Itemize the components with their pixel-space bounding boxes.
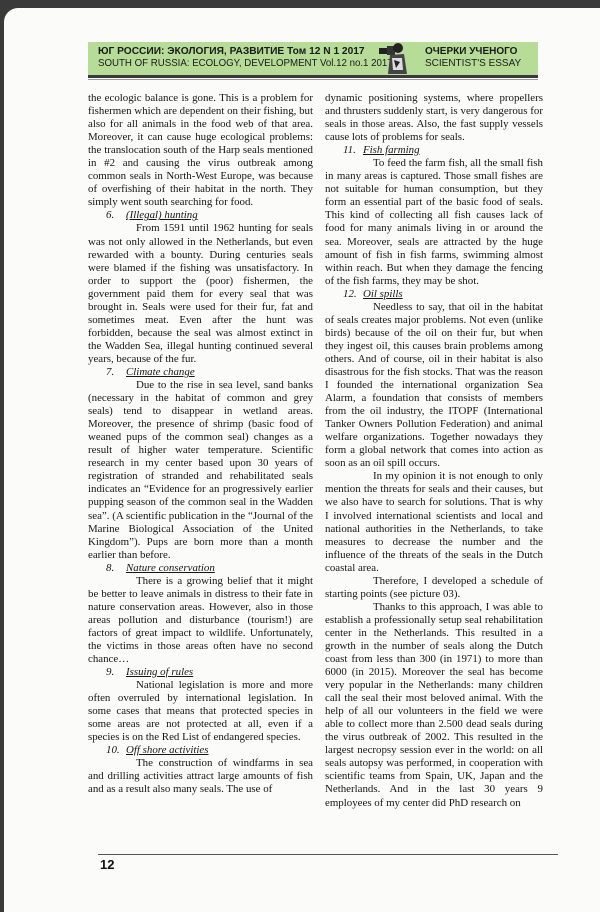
footer-rule	[98, 854, 558, 855]
section-title: ОЧЕРКИ УЧЕНОГО SCIENTIST'S ESSAY	[425, 46, 521, 70]
section-heading-fish-farming: 11.Fish farming	[325, 144, 543, 157]
left-column: the ecologic balance is gone. This is a …	[88, 92, 313, 797]
paragraph: National legislation is more and more of…	[88, 679, 313, 744]
header-rule-thin	[88, 79, 538, 80]
paragraph: Due to the rise in sea level, sand banks…	[88, 379, 313, 562]
photographer-icon	[378, 40, 410, 76]
journal-title-ru: ЮГ РОССИИ: ЭКОЛОГИЯ, РАЗВИТИЕ Том 12 N 1…	[98, 46, 393, 58]
paragraph: There is a growing belief that it might …	[88, 575, 313, 666]
section-heading-conservation: 8.Nature conservation	[88, 562, 313, 575]
journal-title-en: SOUTH OF RUSSIA: ECOLOGY, DEVELOPMENT Vo…	[98, 58, 393, 70]
section-title-en: SCIENTIST'S ESSAY	[425, 58, 521, 70]
section-heading-oil-spills: 12.Oil spills	[325, 288, 543, 301]
section-heading-hunting: 6.(Illegal) hunting	[88, 209, 313, 222]
right-column: dynamic positioning systems, where prope…	[325, 92, 543, 810]
page-number: 12	[100, 857, 114, 872]
section-heading-rules: 9.Issuing of rules	[88, 666, 313, 679]
section-heading-offshore: 10.Off shore activities	[88, 744, 313, 757]
paragraph: To feed the farm fish, all the small fis…	[325, 157, 543, 287]
section-title-ru: ОЧЕРКИ УЧЕНОГО	[425, 46, 521, 58]
paragraph: From 1591 until 1962 hunting for seals w…	[88, 222, 313, 366]
paragraph: The construction of windfarms in sea and…	[88, 757, 313, 796]
header-rule	[88, 75, 538, 78]
journal-title: ЮГ РОССИИ: ЭКОЛОГИЯ, РАЗВИТИЕ Том 12 N 1…	[98, 46, 393, 70]
paragraph: Thanks to this approach, I was able to e…	[325, 601, 543, 810]
paragraph: dynamic positioning systems, where prope…	[325, 92, 543, 144]
paragraph: the ecologic balance is gone. This is a …	[88, 92, 313, 209]
paragraph: Needless to say, that oil in the habitat…	[325, 301, 543, 471]
section-heading-climate: 7.Climate change	[88, 366, 313, 379]
paragraph: Therefore, I developed a schedule of sta…	[325, 575, 543, 601]
paragraph: In my opinion it is not enough to only m…	[325, 470, 543, 574]
